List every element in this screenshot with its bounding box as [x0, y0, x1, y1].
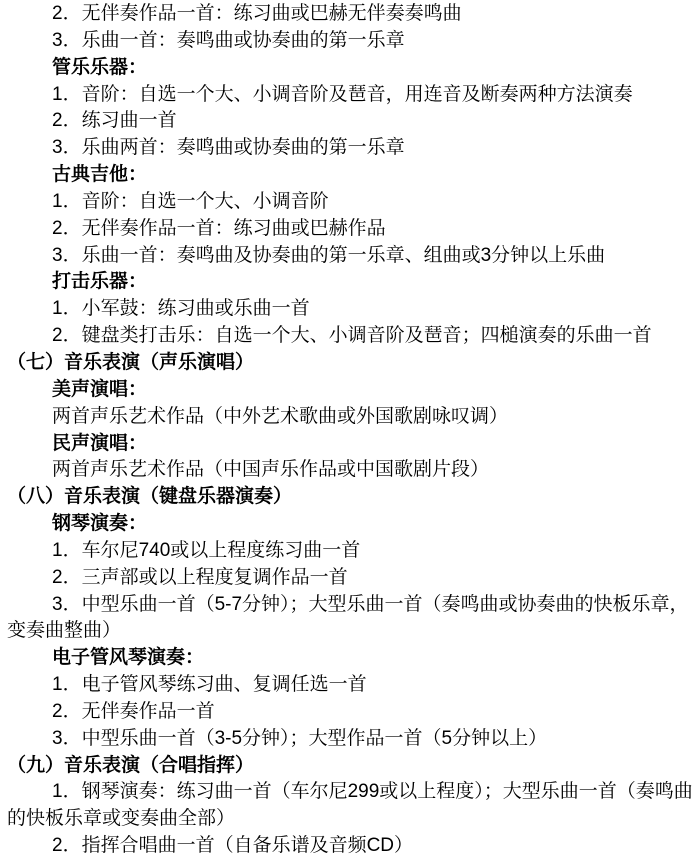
- section-heading-vocal-performance: （七）音乐表演（声乐演唱）: [7, 350, 696, 377]
- subheading-percussion: 打击乐器：: [7, 269, 696, 296]
- list-item: 3．乐曲一首：奏鸣曲或协奏曲的第一乐章: [7, 28, 696, 55]
- list-item: 3．中型乐曲一首（3-5分钟）；大型作品一首（5分钟以上）: [7, 726, 696, 753]
- section-heading-keyboard-performance: （八）音乐表演（键盘乐器演奏）: [7, 484, 696, 511]
- list-item-continuation: 的快板乐章或变奏曲全部）: [7, 806, 696, 833]
- document-page: 2．无伴奏作品一首：练习曲或巴赫无伴奏奏鸣曲 3．乐曲一首：奏鸣曲或协奏曲的第一…: [0, 0, 700, 861]
- subheading-piano: 钢琴演奏：: [7, 511, 696, 538]
- list-item: 1．小军鼓：练习曲或乐曲一首: [7, 296, 696, 323]
- list-item: 1．音阶：自选一个大、小调音阶及琶音，用连音及断奏两种方法演奏: [7, 82, 696, 109]
- list-item: 1．钢琴演奏：练习曲一首（车尔尼299或以上程度）；大型乐曲一首（奏鸣曲: [7, 779, 696, 806]
- body-text: 两首声乐艺术作品（中外艺术歌曲或外国歌剧咏叹调）: [7, 404, 696, 431]
- subheading-electronic-organ: 电子管风琴演奏：: [7, 645, 696, 672]
- list-item-continuation: 变奏曲整曲）: [7, 618, 696, 645]
- list-item: 1．电子管风琴练习曲、复调任选一首: [7, 672, 696, 699]
- list-item: 2．无伴奏作品一首: [7, 699, 696, 726]
- body-text: 两首声乐艺术作品（中国声乐作品或中国歌剧片段）: [7, 457, 696, 484]
- list-item: 2．三声部或以上程度复调作品一首: [7, 565, 696, 592]
- list-item: 1．音阶：自选一个大、小调音阶: [7, 189, 696, 216]
- subheading-bel-canto: 美声演唱：: [7, 377, 696, 404]
- list-item: 3．中型乐曲一首（5-7分钟）；大型乐曲一首（奏鸣曲或协奏曲的快板乐章，: [7, 592, 696, 619]
- list-item: 3．乐曲一首：奏鸣曲及协奏曲的第一乐章、组曲或3分钟以上乐曲: [7, 243, 696, 270]
- list-item: 2．指挥合唱曲一首（自备乐谱及音频CD）: [7, 833, 696, 860]
- subheading-classical-guitar: 古典吉他：: [7, 162, 696, 189]
- list-item: 2．无伴奏作品一首：练习曲或巴赫无伴奏奏鸣曲: [7, 1, 696, 28]
- subheading-wind-instruments: 管乐乐器：: [7, 55, 696, 82]
- list-item: 1．车尔尼740或以上程度练习曲一首: [7, 538, 696, 565]
- subheading-folk-vocal: 民声演唱：: [7, 431, 696, 458]
- list-item: 2．键盘类打击乐：自选一个大、小调音阶及琶音；四槌演奏的乐曲一首: [7, 323, 696, 350]
- list-item: 3．乐曲两首：奏鸣曲或协奏曲的第一乐章: [7, 135, 696, 162]
- section-heading-choral-conducting: （九）音乐表演（合唱指挥）: [7, 753, 696, 780]
- list-item: 2．练习曲一首: [7, 108, 696, 135]
- list-item: 2．无伴奏作品一首：练习曲或巴赫作品: [7, 216, 696, 243]
